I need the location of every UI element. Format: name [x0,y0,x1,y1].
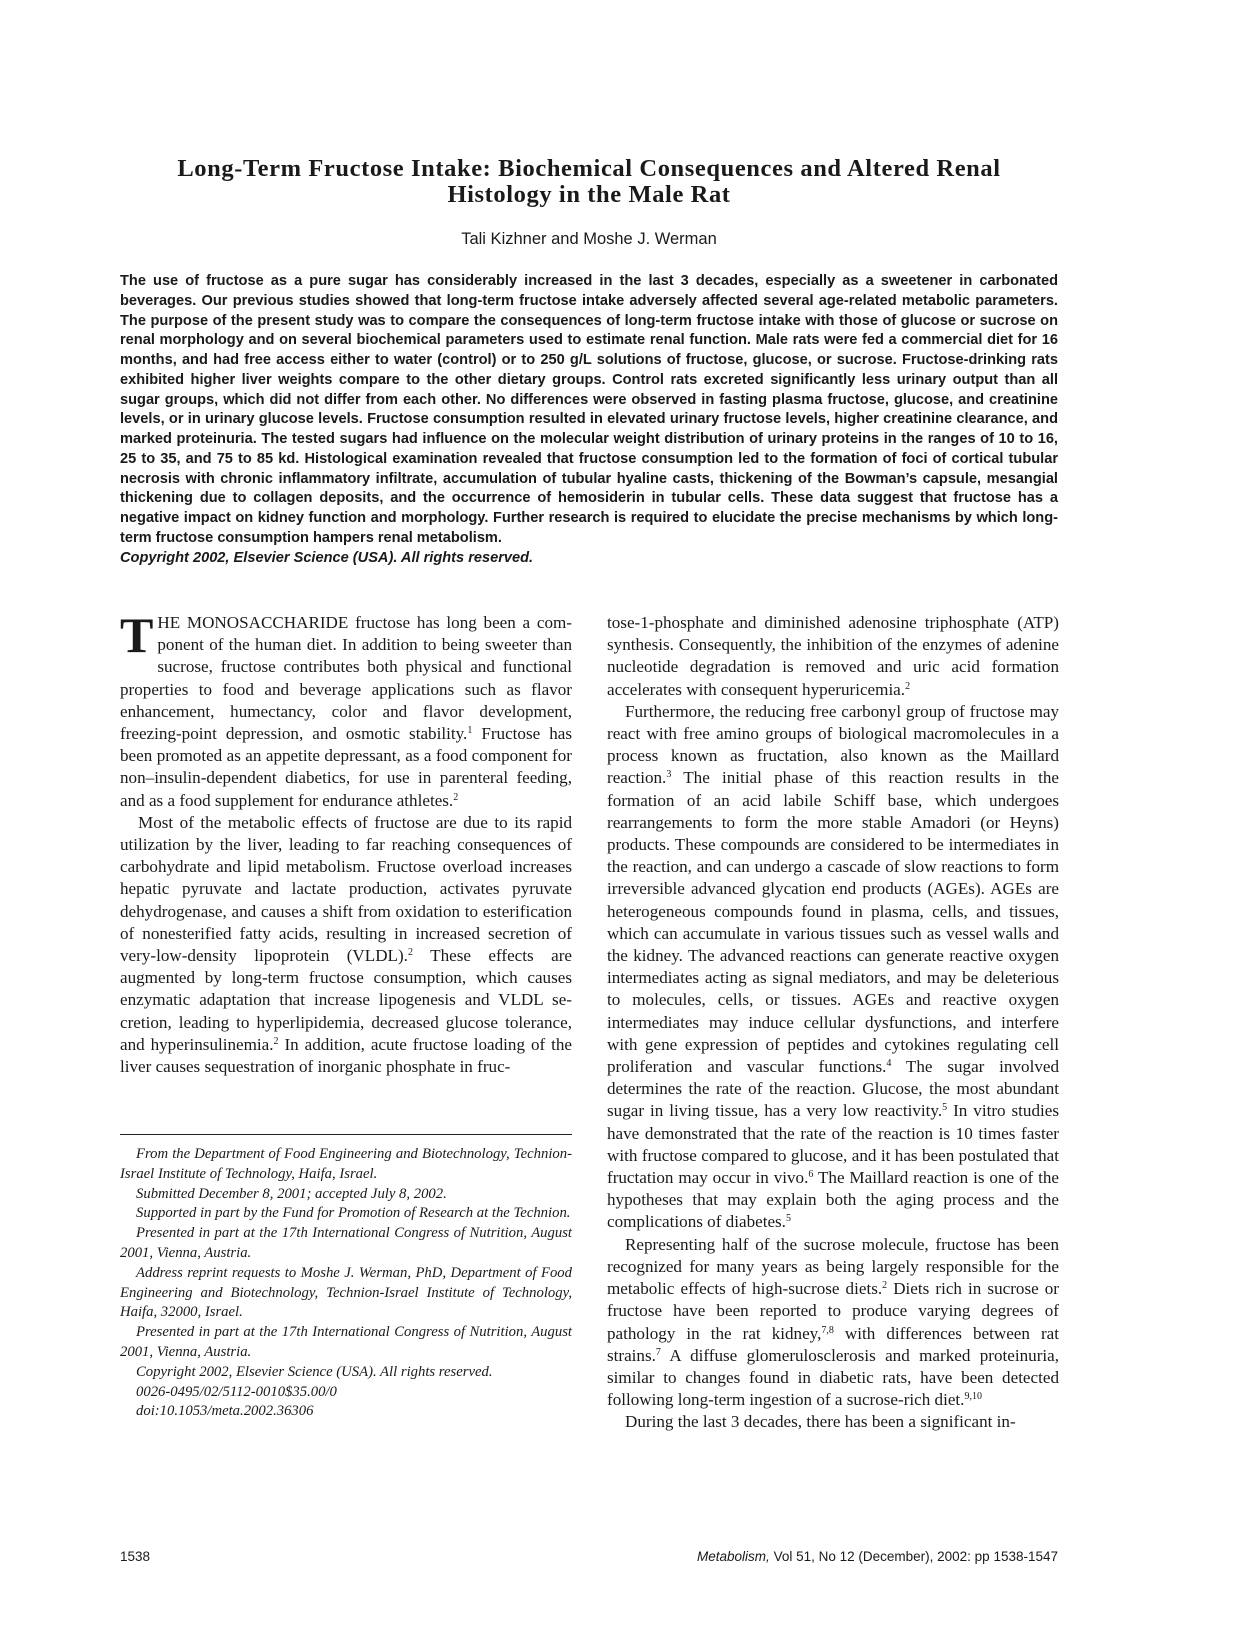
paragraph: Furthermore, the reducing free carbonyl … [607,701,1059,1234]
citation-ref: 9,10 [964,1391,982,1402]
paper-page: Long-Term Fructose Intake: Biochemical C… [0,0,1238,1651]
paragraph: THE MONOSACCHARIDE fructose has long bee… [120,612,572,812]
journal-citation: Metabolism, Vol 51, No 12 (December), 20… [697,1549,1058,1564]
footnote-doi: doi:10.1053/meta.2002.36306 [120,1402,572,1422]
footnote-reprints: Address reprint requests to Moshe J. Wer… [120,1264,572,1323]
citation-ref: 5 [786,1213,791,1224]
footnote-dates: Submitted December 8, 2001; accepted Jul… [120,1185,572,1205]
paragraph: tose-1-phosphate and diminished adenosin… [607,612,1059,701]
paragraph: During the last 3 decades, there has bee… [607,1411,1059,1433]
footnote-affiliation: From the Department of Food Engineering … [120,1145,572,1185]
footnote-copyright: Copyright 2002, Elsevier Science (USA). … [120,1363,572,1383]
paragraph: Representing half of the sucrose molecul… [607,1234,1059,1412]
citation-ref: 2 [453,792,458,803]
article-title: Long-Term Fructose Intake: Biochemical C… [120,156,1058,208]
abstract: The use of fructose as a pure sugar has … [120,272,1058,568]
citation-ref: 2 [905,681,910,692]
drop-cap: T [120,615,153,657]
footnote-issn: 0026-0495/02/5112-0010$35.00/0 [120,1383,572,1403]
journal-name: Metabolism, [697,1549,770,1564]
citation-ref: 7,8 [821,1325,834,1336]
footnote-presented-2: Presented in part at the 17th Internatio… [120,1323,572,1363]
title-line-2: Histology in the Male Rat [447,181,730,208]
footnote-funding: Supported in part by the Fund for Promot… [120,1204,572,1224]
abstract-text: The use of fructose as a pure sugar has … [120,273,1058,546]
page-number: 1538 [120,1549,150,1564]
author-list: Tali Kizhner and Moshe J. Werman [120,230,1058,249]
abstract-copyright: Copyright 2002, Elsevier Science (USA). … [120,549,1058,569]
footnote-presented: Presented in part at the 17th Internatio… [120,1224,572,1264]
body-column-left: THE MONOSACCHARIDE fructose has long bee… [120,612,572,1078]
footnote-divider [120,1134,572,1135]
title-line-1: Long-Term Fructose Intake: Biochemical C… [177,155,1000,182]
paragraph: Most of the metabolic effects of fructos… [120,812,572,1078]
body-column-right: tose-1-phosphate and diminished adenosin… [607,612,1059,1434]
footnotes: From the Department of Food Engineering … [120,1145,572,1422]
journal-details: Vol 51, No 12 (December), 2002: pp 1538-… [770,1549,1058,1564]
